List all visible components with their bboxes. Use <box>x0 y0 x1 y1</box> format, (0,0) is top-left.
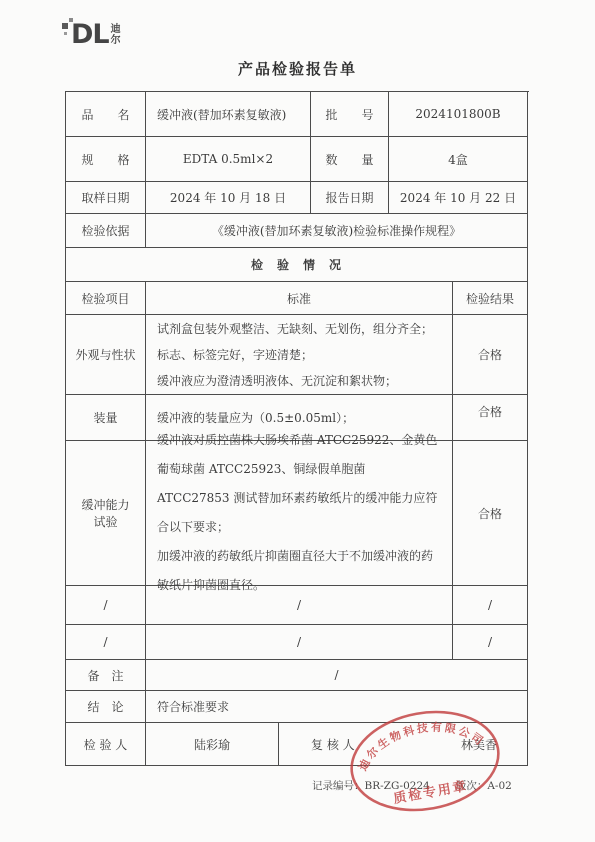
version-number: 版次：A-02 <box>456 778 512 793</box>
table-row: 规 格 EDTA 0.5ml×2 数 量 4盒 <box>66 137 529 182</box>
col-standard-header: 标准 <box>146 282 453 315</box>
table-row: 检验依据 《缓冲液(替加环素复敏液)检验标准操作规程》 <box>66 214 529 248</box>
report-date-label: 报告日期 <box>311 182 389 214</box>
item-result: / <box>453 625 528 660</box>
logo-dl-mark: DL <box>63 20 109 50</box>
remark-value: / <box>146 660 528 691</box>
record-number: 记录编号：BR-ZG-0224 <box>312 778 430 793</box>
footer: 记录编号：BR-ZG-0224 版次：A-02 <box>312 778 512 793</box>
table-row: 检 验 情 况 <box>66 248 529 282</box>
qty-value: 4盒 <box>389 137 528 182</box>
table-row: 品 名 缓冲液(替加环素复敏液) 批 号 2024101800B <box>66 92 529 137</box>
item-standard: / <box>146 625 453 660</box>
item-standard: / <box>146 586 453 625</box>
table-row: 检 验 人 陆彩瑜 复 核 人 林美香 <box>66 723 529 766</box>
item-name: 装量 <box>66 395 146 441</box>
item-result: 合格 <box>453 395 528 441</box>
conclusion-value: 符合标准要求 <box>146 691 528 723</box>
product-name-value: 缓冲液(替加环素复敏液) <box>146 92 311 137</box>
item-name: 外观与性状 <box>66 315 146 395</box>
table-header-row: 检验项目 标准 检验结果 <box>66 282 529 315</box>
company-logo: DL 迪 尔 <box>63 20 121 50</box>
product-name-label: 品 名 <box>66 92 146 137</box>
item-name: / <box>66 625 146 660</box>
logo-square-icon <box>69 18 73 22</box>
item-result: / <box>453 586 528 625</box>
logo-square-icon <box>62 23 68 29</box>
table-row: 结 论 符合标准要求 <box>66 691 529 723</box>
col-result-header: 检验结果 <box>453 282 528 315</box>
logo-chinese-name: 迪 尔 <box>111 24 121 46</box>
page-title: 产品检验报告单 <box>0 58 595 79</box>
item-result: 合格 <box>453 315 528 395</box>
spec-label: 规 格 <box>66 137 146 182</box>
table-row: 备 注 / <box>66 660 529 691</box>
reviewer-cell: 复 核 人 林美香 <box>279 723 528 766</box>
qty-label: 数 量 <box>311 137 389 182</box>
table-row: 外观与性状 试剂盒包装外观整洁、无缺刻、无划伤，组分齐全； 标志、标签完好，字迹… <box>66 315 529 395</box>
inspector-name: 陆彩瑜 <box>146 723 279 766</box>
batch-value: 2024101800B <box>389 92 528 137</box>
report-date-value: 2024 年 10 月 22 日 <box>389 182 528 214</box>
item-name: 缓冲能力试验 <box>66 441 146 586</box>
reviewer-name: 林美香 <box>461 736 497 753</box>
remark-label: 备 注 <box>66 660 146 691</box>
item-standard: 试剂盒包装外观整洁、无缺刻、无划伤，组分齐全； 标志、标签完好，字迹清楚； 缓冲… <box>146 315 453 395</box>
item-result: 合格 <box>453 441 528 586</box>
table-row: / / / <box>66 586 529 625</box>
item-name: / <box>66 586 146 625</box>
batch-label: 批 号 <box>311 92 389 137</box>
basis-value: 《缓冲液(替加环素复敏液)检验标准操作规程》 <box>146 214 528 248</box>
inspector-label: 检 验 人 <box>66 723 146 766</box>
sample-date-label: 取样日期 <box>66 182 146 214</box>
logo-square-icon <box>64 32 67 35</box>
col-item-header: 检验项目 <box>66 282 146 315</box>
table-row: 缓冲能力试验 缓冲液对质控菌株大肠埃希菌 ATCC25922、金黄色葡萄球菌 A… <box>66 441 529 586</box>
sample-date-value: 2024 年 10 月 18 日 <box>146 182 311 214</box>
item-standard: 缓冲液对质控菌株大肠埃希菌 ATCC25922、金黄色葡萄球菌 ATCC2592… <box>146 441 453 586</box>
spec-value: EDTA 0.5ml×2 <box>146 137 311 182</box>
section-title: 检 验 情 况 <box>66 248 528 282</box>
table-row: / / / <box>66 625 529 660</box>
basis-label: 检验依据 <box>66 214 146 248</box>
table-row: 取样日期 2024 年 10 月 18 日 报告日期 2024 年 10 月 2… <box>66 182 529 214</box>
logo-text: DL <box>71 19 109 50</box>
conclusion-label: 结 论 <box>66 691 146 723</box>
inspection-report-table: 品 名 缓冲液(替加环素复敏液) 批 号 2024101800B 规 格 EDT… <box>65 91 529 766</box>
reviewer-label: 复 核 人 <box>311 736 355 753</box>
